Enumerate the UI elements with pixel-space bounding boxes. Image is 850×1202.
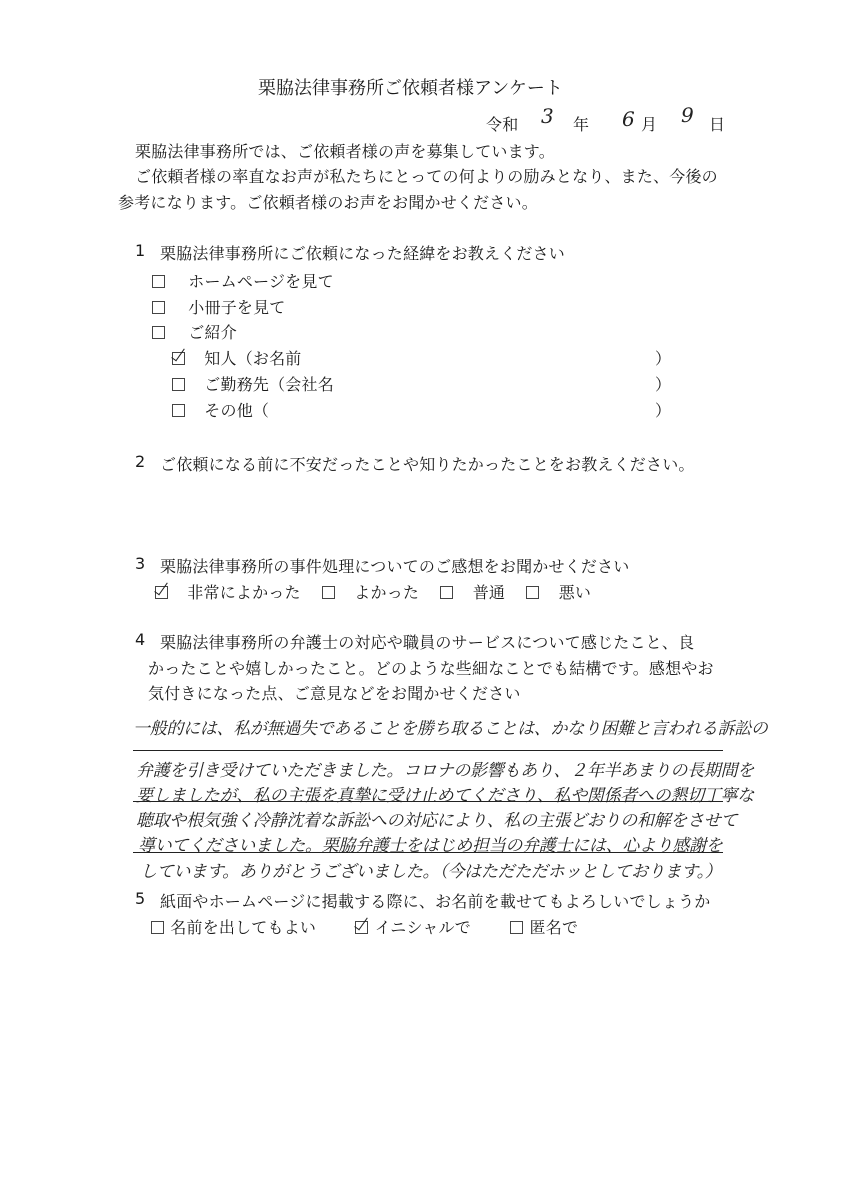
q5-option-initials[interactable]: イニシャルで xyxy=(355,918,476,937)
intro-line-1: 栗脇法律事務所では、ご依頼者様の声を募集しています。 xyxy=(135,139,555,162)
answer-line: しています。ありがとうございました。（今はただただホッとしております。） xyxy=(140,857,721,882)
checkbox-very-good[interactable] xyxy=(155,586,168,599)
q1-option-booklet[interactable]: 小冊子を見て xyxy=(152,295,286,318)
month-value[interactable]: 6 xyxy=(622,107,635,131)
option-label: その他（ xyxy=(204,401,269,420)
q1-option-homepage[interactable]: ホームページを見て xyxy=(152,269,334,292)
day-value[interactable]: 9 xyxy=(681,103,694,127)
q5-option-anonymous[interactable]: 匿名で xyxy=(510,918,578,937)
q2-text: ご依頼になる前に不安だったことや知りたかったことをお教えください。 xyxy=(160,452,695,475)
q1-text: 栗脇法律事務所にご依頼になった経緯をお教えください xyxy=(160,241,565,264)
option-label: ホームページを見て xyxy=(188,272,333,291)
intro-line-3: 参考になります。ご依頼者様のお声をお聞かせください。 xyxy=(118,190,538,213)
paren-close: ） xyxy=(655,346,671,369)
answer-line: 聴取や根気強く冷静沈着な訴訟への対応により、私の主張どおりの和解をさせて xyxy=(136,806,737,831)
checkbox-booklet[interactable] xyxy=(152,301,165,314)
option-label: 非常によかった xyxy=(187,583,300,602)
checkbox-full-name[interactable] xyxy=(151,921,164,934)
checkbox-initials[interactable] xyxy=(355,921,368,934)
option-label: 悪い xyxy=(559,583,591,602)
month-label: 月 xyxy=(641,112,657,135)
day-label: 日 xyxy=(709,112,725,135)
q5-options: 名前を出してもよい イニシャルで 匿名で xyxy=(151,915,578,938)
checkbox-referral[interactable] xyxy=(152,326,165,339)
q5-text: 紙面やホームページに掲載する際に、お名前を載せてもよろしいでしょうか xyxy=(160,889,710,912)
q3-option-good[interactable]: よかった xyxy=(322,583,424,602)
intro-line-2: ご依頼者様の率直なお声が私たちにとっての何よりの励みとなり、また、今後の xyxy=(135,164,718,187)
q3-options: 非常によかった よかった 普通 悪い xyxy=(155,580,591,603)
checkbox-average[interactable] xyxy=(440,586,453,599)
q4-number: 4 xyxy=(135,630,145,649)
era-label: 令和 xyxy=(486,112,518,135)
q1-number: 1 xyxy=(135,241,145,260)
option-label: ご勤務先（会社名 xyxy=(204,375,334,394)
q5-option-full-name[interactable]: 名前を出してもよい xyxy=(151,918,321,937)
q5-number: 5 xyxy=(135,889,145,908)
q3-option-very-good[interactable]: 非常によかった xyxy=(155,583,306,602)
option-label: 名前を出してもよい xyxy=(170,918,316,937)
option-label: よかった xyxy=(354,583,419,602)
checkbox-other[interactable] xyxy=(172,404,185,417)
q3-number: 3 xyxy=(135,554,145,573)
survey-title: 栗脇法律事務所ご依頼者様アンケート xyxy=(258,74,563,100)
q4-line-3: 気付きになった点、ご意見などをお聞かせください xyxy=(148,681,521,704)
q3-option-average[interactable]: 普通 xyxy=(440,583,510,602)
q2-number: 2 xyxy=(135,452,145,471)
q4-line-2: かったことや嬉しかったこと。どのような些細なことでも結構です。感想やお xyxy=(148,656,714,679)
ruled-line xyxy=(133,852,723,853)
q4-line-1: 栗脇法律事務所の弁護士の対応や職員のサービスについて感じたこと、良 xyxy=(160,630,694,653)
paren-close: ） xyxy=(655,372,671,395)
option-label: 普通 xyxy=(473,583,505,602)
q2-answer-area[interactable] xyxy=(135,478,725,538)
q1-sub-other[interactable]: その他（ xyxy=(172,398,269,421)
checkbox-bad[interactable] xyxy=(526,586,539,599)
q1-sub-acquaintance[interactable]: 知人（お名前 xyxy=(172,346,302,369)
q3-text: 栗脇法律事務所の事件処理についてのご感想をお聞かせください xyxy=(160,554,629,577)
ruled-line xyxy=(133,750,723,751)
checkbox-good[interactable] xyxy=(322,586,335,599)
checkbox-anonymous[interactable] xyxy=(510,921,523,934)
paren-close: ） xyxy=(655,398,671,421)
year-label: 年 xyxy=(573,112,589,135)
option-label: イニシャルで xyxy=(375,918,471,937)
checkbox-workplace[interactable] xyxy=(172,378,185,391)
q1-sub-workplace[interactable]: ご勤務先（会社名 xyxy=(172,372,334,395)
year-value[interactable]: 3 xyxy=(541,104,554,128)
answer-line: 弁護を引き受けていただきました。コロナの影響もあり、２年半あまりの長期間を xyxy=(136,756,754,781)
q3-option-bad[interactable]: 悪い xyxy=(526,583,591,602)
checkbox-homepage[interactable] xyxy=(152,275,165,288)
q1-option-referral[interactable]: ご紹介 xyxy=(152,320,237,343)
option-label: 知人（お名前 xyxy=(204,349,301,368)
checkbox-acquaintance[interactable] xyxy=(172,352,185,365)
option-label: ご紹介 xyxy=(188,323,237,342)
ruled-line xyxy=(133,801,723,802)
answer-line: 一般的には、私が無過失であることを勝ち取ることは、かなり困難と言われる訴訟の xyxy=(133,714,768,739)
option-label: 匿名で xyxy=(530,918,579,937)
option-label: 小冊子を見て xyxy=(188,298,285,317)
